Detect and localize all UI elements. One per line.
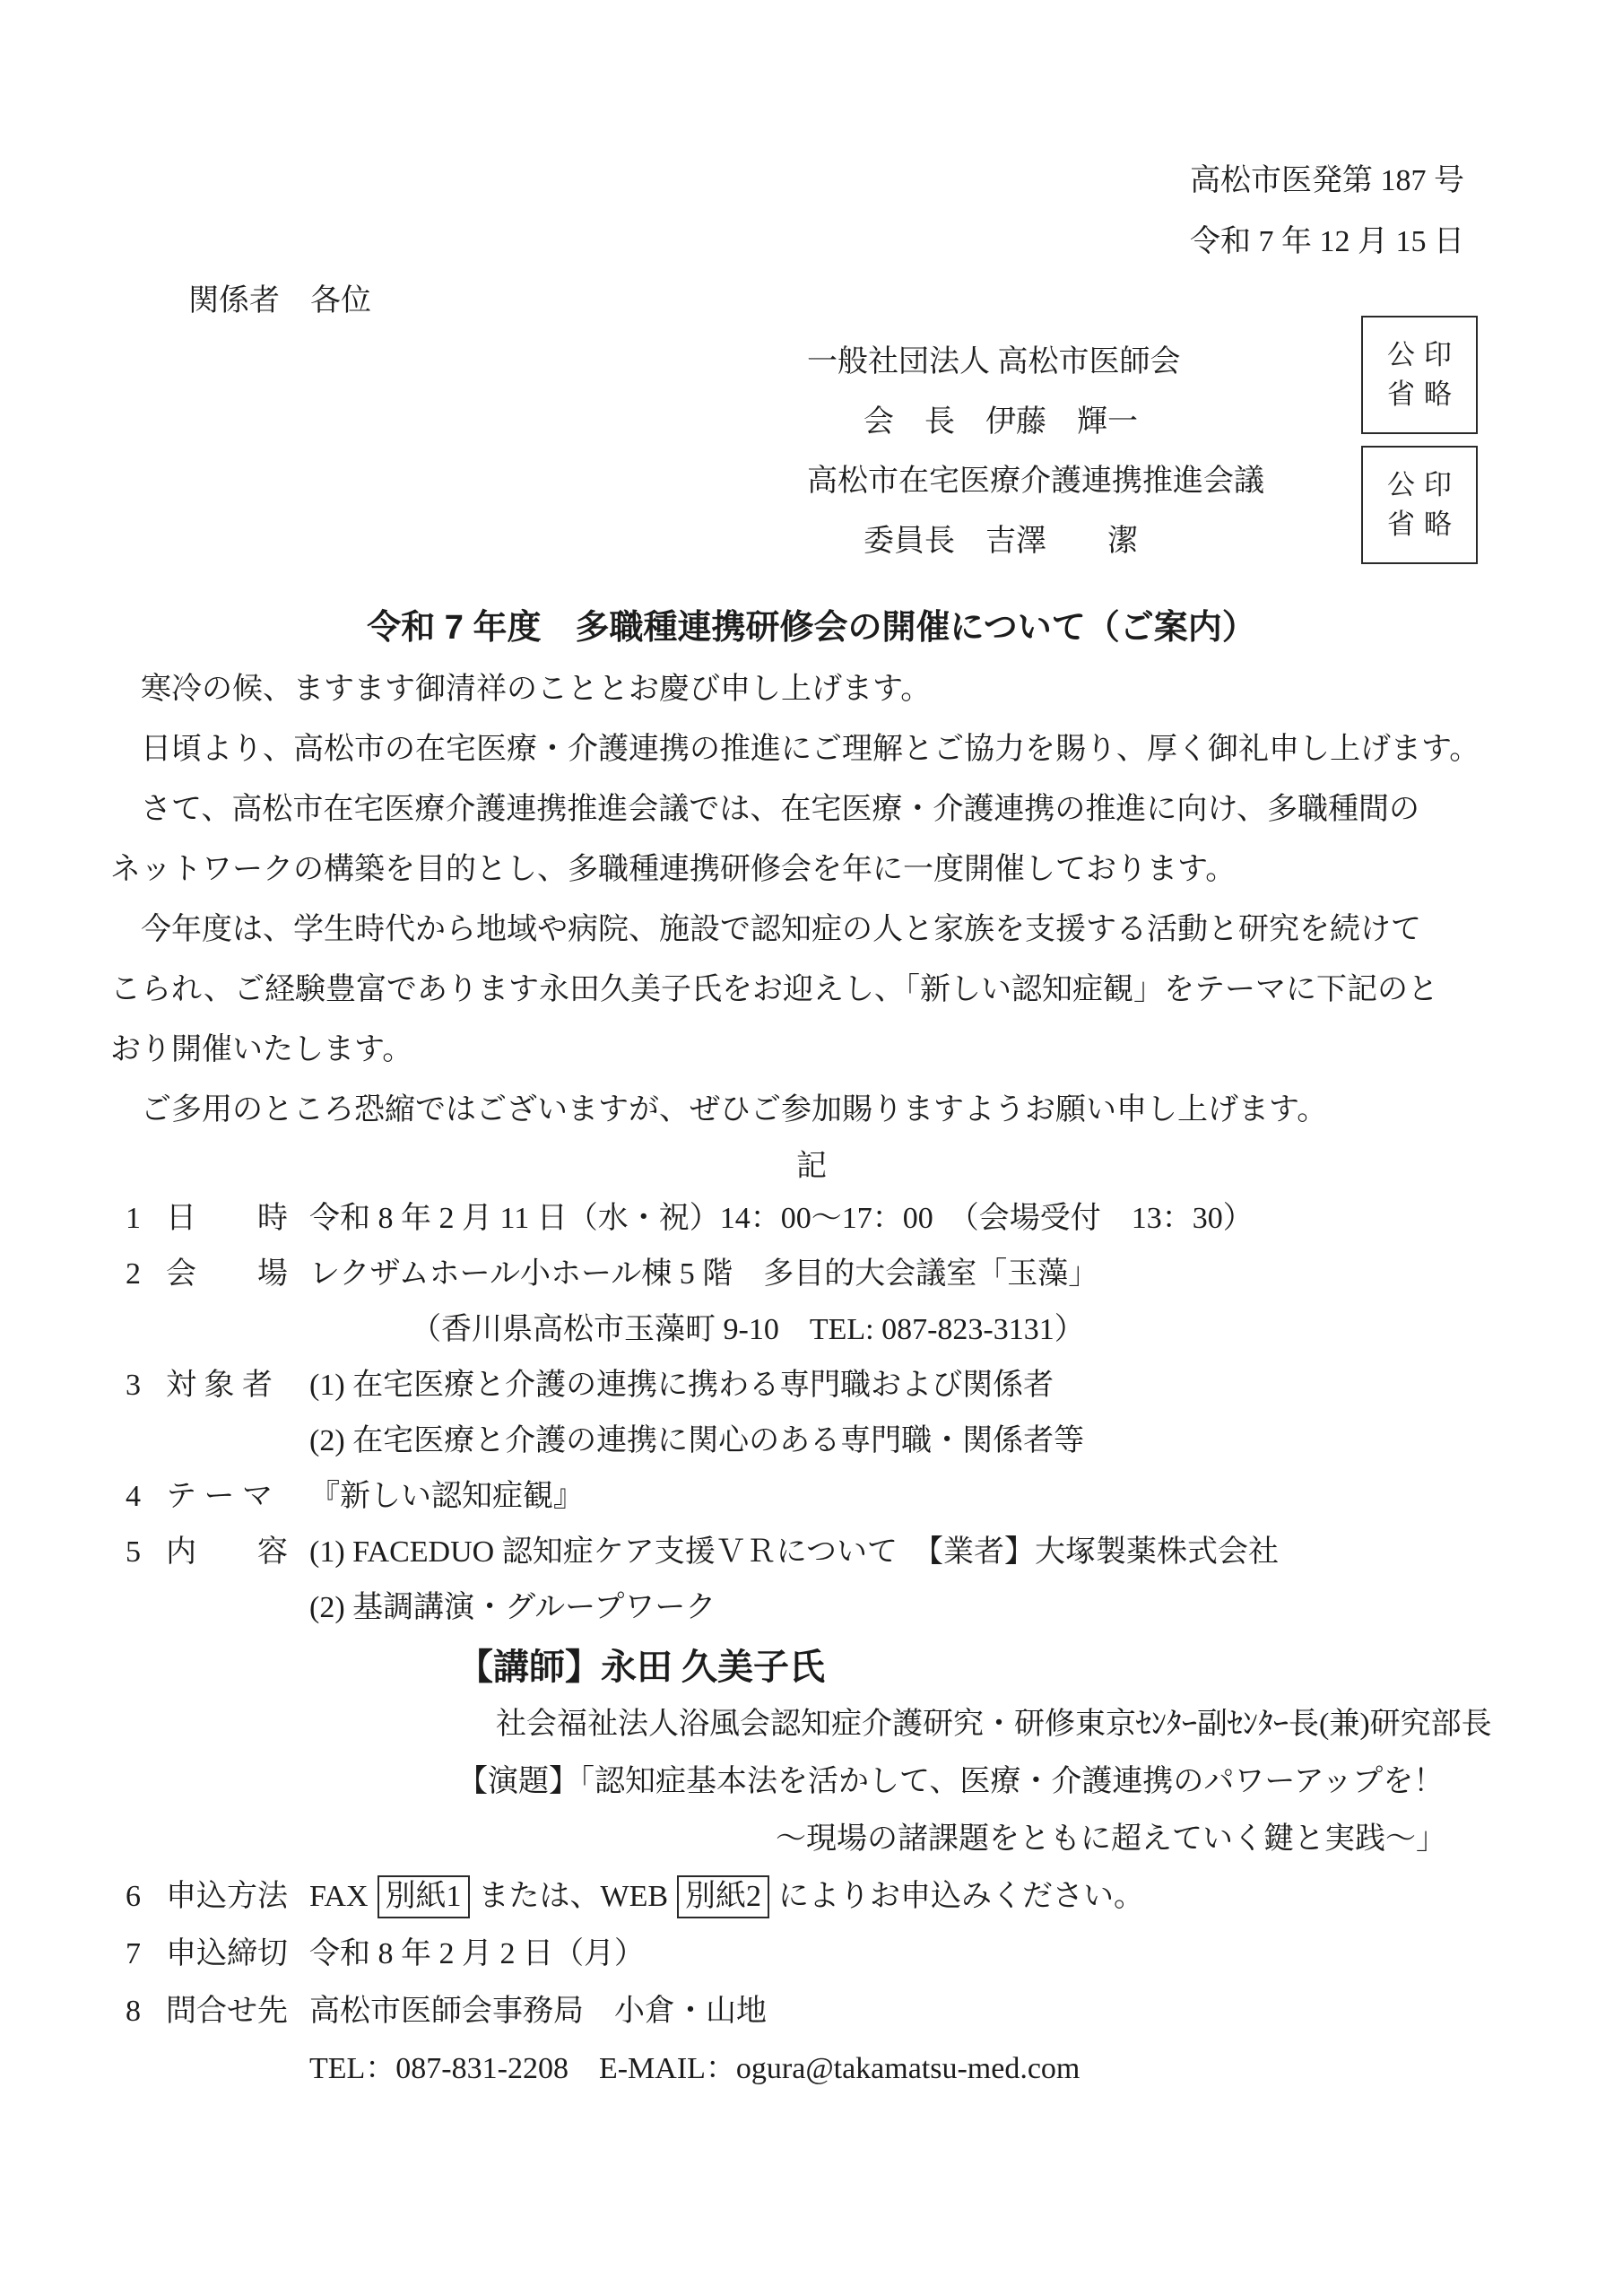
ki-marker: 記 xyxy=(0,1141,1623,1185)
item-label xyxy=(166,1587,309,1630)
sender-org-1: 一般社団法人 高松市医師会 xyxy=(807,341,1181,384)
list-row-contact: 8 問合せ先 高松市医師会事務局 小倉・山地 xyxy=(110,1990,767,2033)
body-line: ネットワークの構築を目的とし、多職種連携研修会を年に一度開催しております。 xyxy=(110,848,1236,891)
body-line: さて、高松市在宅医療介護連携推進会議では、在宅医療・介護連携の推進に向け、多職種… xyxy=(110,788,1419,831)
attachment-2-box: 別紙2 xyxy=(677,1875,769,1918)
item-label: 日 時 xyxy=(166,1197,309,1240)
item-content: 令和 8 年 2 月 11 日（水・祝）14：00～17：00 （会場受付 13… xyxy=(309,1197,1254,1240)
contact-tel-email: TEL：087-831-2208 E-MAIL：ogura@takamatsu-… xyxy=(309,2048,1080,2091)
list-row-venue-address: （香川県高松市玉藻町 9-10 TEL: 087-823-3131） xyxy=(110,1309,1085,1352)
list-row-program-2: (2) 基調講演・グループワーク xyxy=(110,1587,716,1630)
body-line: ご多用のところ恐縮ではございますが、ぜひご参加賜りますようお願い申し上げます。 xyxy=(110,1089,1327,1132)
item-label: 会 場 xyxy=(166,1253,309,1296)
seal-omitted-box-2: 公印 省略 xyxy=(1361,446,1478,564)
list-row-audience-1: 3 対 象 者 (1) 在宅医療と介護の連携に携わる専門職および関係者 xyxy=(110,1364,1054,1407)
item-number xyxy=(110,1420,166,1463)
lecturer-name: 【講師】永田 久美子氏 xyxy=(457,1644,825,1691)
body-line: おり開催いたします。 xyxy=(110,1029,412,1072)
attachment-1-box: 別紙1 xyxy=(378,1875,470,1918)
item-number: 8 xyxy=(110,1990,166,2033)
item-content: 高松市医師会事務局 小倉・山地 xyxy=(309,1990,767,2033)
item-content: (2) 基調講演・グループワーク xyxy=(309,1587,716,1630)
item-number: 1 xyxy=(110,1197,166,1240)
lecturer-affiliation: 社会福祉法人浴風会認知症介護研究・研修東京ｾﾝﾀｰ副ｾﾝﾀｰ長(兼)研究部長 xyxy=(496,1703,1492,1746)
item-label: 問合せ先 xyxy=(166,1990,309,2033)
item-content: 『新しい認知症観』 xyxy=(309,1475,584,1518)
body-line: 日頃より、高松市の在宅医療・介護連携の推進にご理解とご協力を賜り、厚く御礼申し上… xyxy=(110,728,1480,771)
item-number: 4 xyxy=(110,1475,166,1518)
item-label: 対 象 者 xyxy=(166,1364,309,1407)
item-number xyxy=(110,1587,166,1630)
item-number: 3 xyxy=(110,1364,166,1407)
item-content: （香川県高松市玉藻町 9-10 TEL: 087-823-3131） xyxy=(309,1309,1085,1352)
list-row-theme: 4 テ ー マ 『新しい認知症観』 xyxy=(110,1475,584,1518)
document-page: 高松市医発第 187 号 令和 7 年 12 月 15 日 関係者 各位 一般社… xyxy=(0,0,1623,2296)
item-number: 6 xyxy=(110,1875,166,1918)
list-row-apply-method: 6 申込方法 FAX別紙1または、WEB別紙2によりお申込みください。 xyxy=(110,1875,1144,1918)
item-label: テ ー マ xyxy=(166,1475,309,1518)
item-content: (1) 在宅医療と介護の連携に携わる専門職および関係者 xyxy=(309,1364,1054,1407)
lecture-subject-line-1: 【演題】「認知症基本法を活かして、医療・介護連携のパワーアップを！ xyxy=(457,1761,1444,1804)
item-content: 令和 8 年 2 月 2 日（月） xyxy=(309,1933,645,1976)
seal-omitted-text: 省略 xyxy=(1363,375,1476,414)
list-row-datetime: 1 日 時 令和 8 年 2 月 11 日（水・祝）14：00～17：00 （会… xyxy=(110,1197,1254,1240)
item-number: 2 xyxy=(110,1253,166,1296)
list-row-venue: 2 会 場 レクザムホール小ホール棟 5 階 多目的大会議室「玉藻」 xyxy=(110,1253,1098,1296)
body-line: 今年度は、学生時代から地域や病院、施設で認知症の人と家族を支援する活動と研究を続… xyxy=(110,909,1421,952)
apply-post-text: によりお申込みください。 xyxy=(778,1880,1144,1913)
body-line: こられ、ご経験豊富であります永田久美子氏をお迎えし、「新しい認知症観」をテーマに… xyxy=(110,969,1438,1012)
item-content: (1) FACEDUO 認知症ケア支援ＶＲについて 【業者】大塚製薬株式会社 xyxy=(309,1531,1279,1574)
list-row-deadline: 7 申込締切 令和 8 年 2 月 2 日（月） xyxy=(110,1933,645,1976)
page-title: 令和 7 年度 多職種連携研修会の開催について（ご案内） xyxy=(0,599,1623,648)
list-row-audience-2: (2) 在宅医療と介護の連携に関心のある専門職・関係者等 xyxy=(110,1420,1084,1463)
item-label: 申込方法 xyxy=(166,1875,309,1918)
item-number: 7 xyxy=(110,1933,166,1976)
doc-number: 高松市医発第 187 号 xyxy=(1190,160,1464,203)
item-number: 5 xyxy=(110,1531,166,1574)
sender-president: 会 長 伊藤 輝一 xyxy=(864,401,1138,444)
item-label: 内 容 xyxy=(166,1531,309,1574)
item-label: 申込締切 xyxy=(166,1933,309,1976)
apply-mid-text: または、WEB xyxy=(479,1880,669,1913)
sender-org-2: 高松市在宅医療介護連携推進会議 xyxy=(807,460,1264,503)
item-label xyxy=(166,1309,309,1352)
seal-omitted-box-1: 公印 省略 xyxy=(1361,316,1478,434)
addressee: 関係者 各位 xyxy=(188,280,371,323)
apply-pre-text: FAX xyxy=(309,1880,369,1913)
issue-date: 令和 7 年 12 月 15 日 xyxy=(1190,221,1464,264)
lecture-subject-line-2: ～現場の諸課題をともに超えていく鍵と実践～」 xyxy=(776,1818,1446,1861)
body-line: 寒冷の候、ますます御清祥のこととお慶び申し上げます。 xyxy=(110,668,931,711)
list-row-program-1: 5 内 容 (1) FACEDUO 認知症ケア支援ＶＲについて 【業者】大塚製薬… xyxy=(110,1531,1279,1574)
item-number xyxy=(110,1309,166,1352)
item-content: (2) 在宅医療と介護の連携に関心のある専門職・関係者等 xyxy=(309,1420,1084,1463)
seal-omitted-text: 公印 xyxy=(1363,465,1476,505)
seal-omitted-text: 省略 xyxy=(1363,505,1476,544)
item-label xyxy=(166,1420,309,1463)
item-content: レクザムホール小ホール棟 5 階 多目的大会議室「玉藻」 xyxy=(309,1253,1098,1296)
item-content: FAX別紙1または、WEB別紙2によりお申込みください。 xyxy=(309,1875,1144,1918)
seal-omitted-text: 公印 xyxy=(1363,335,1476,375)
sender-chair: 委員長 吉澤 潔 xyxy=(864,520,1138,563)
